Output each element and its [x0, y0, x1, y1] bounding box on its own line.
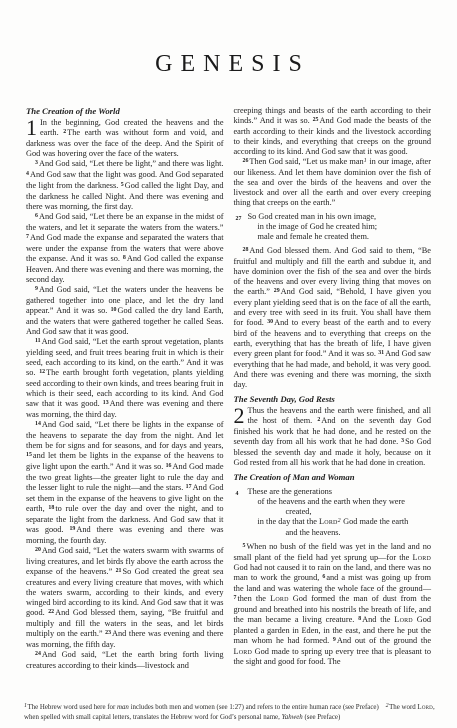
verse-number: 30	[267, 319, 274, 325]
verse-number: 11	[35, 338, 42, 344]
verse-number: 23	[105, 630, 112, 636]
divine-name-small-caps: Lord	[394, 615, 413, 624]
chapter-opening-paragraph: 2Thus the heavens and the earth were fin…	[234, 406, 432, 468]
italic-text: Yahweh	[282, 714, 303, 721]
verse-number: 14	[35, 421, 42, 427]
verse-number: 27	[236, 214, 243, 224]
verse-number: 2	[63, 129, 67, 135]
verse-number: 2	[317, 417, 321, 423]
poetry-line: in the day that the Lord2 God made the e…	[234, 517, 432, 528]
verse-number: 7	[26, 234, 30, 240]
italic-text: man	[117, 704, 129, 711]
verse-number: 4	[236, 489, 240, 499]
divine-name-small-caps: Lord	[270, 594, 289, 603]
section-heading: The Creation of the World	[26, 106, 224, 117]
verse-number: 4	[26, 171, 30, 177]
verse-number: 3	[35, 160, 39, 166]
verse-paragraph-continuation: creeping things and beasts of the earth …	[234, 106, 432, 157]
bible-page: GENESIS The Creation of the World1In the…	[0, 0, 457, 728]
verse-number: 9	[35, 286, 39, 292]
footnote-marker: 1	[24, 703, 27, 709]
verse-number: 15	[26, 452, 33, 458]
footnote-marker: 2	[386, 703, 389, 709]
divine-name-small-caps: Lord	[319, 517, 338, 526]
verse-paragraph: 11And God said, “Let the earth sprout ve…	[26, 337, 224, 420]
verse-number: 8	[123, 255, 127, 261]
verse-paragraph: 6And God said, “Let there be an expanse …	[26, 212, 224, 285]
verse-number: 16	[166, 463, 173, 469]
divine-name-small-caps: Lord	[412, 553, 431, 562]
footnote-marker: 1	[364, 158, 367, 164]
poetry-block: 4These are the generationsof the heavens…	[234, 487, 432, 538]
poetry-line: and the heavens.	[234, 528, 432, 538]
chapter-number-dropcap: 1	[26, 119, 37, 137]
footnotes: 1The Hebrew word used here for man inclu…	[24, 703, 439, 722]
verse-paragraph: 5When no bush of the field was yet in th…	[234, 542, 432, 667]
chapter-opening-paragraph: 1In the beginning, God created the heave…	[26, 118, 224, 159]
divine-name-small-caps: Lord	[234, 647, 253, 656]
two-column-text-area: The Creation of the World1In the beginni…	[0, 106, 457, 671]
verse-number: 12	[39, 369, 46, 375]
verse-number: 31	[378, 350, 385, 356]
book-title: GENESIS	[0, 52, 457, 76]
verse-number: 3	[401, 438, 405, 444]
verse-paragraph: 26Then God said, “Let us make man1 in ou…	[234, 157, 432, 208]
poetry-line: male and female he created them.	[234, 232, 432, 242]
verse-number: 5	[121, 182, 125, 188]
verse-number: 17	[186, 484, 193, 490]
verse-number: 25	[313, 117, 320, 123]
verse-number: 18	[48, 505, 55, 511]
poetry-line: So God created man in his own image,	[234, 212, 432, 222]
poetry-line: of the heavens and the earth when they w…	[234, 497, 432, 507]
chapter-number-dropcap: 2	[234, 407, 245, 425]
verse-number: 10	[111, 307, 118, 313]
verse-paragraph: 14And God said, “Let there be lights in …	[26, 420, 224, 546]
footnote-marker: 2	[338, 518, 341, 524]
verse-paragraph: 24And God said, “Let the earth bring for…	[26, 650, 224, 671]
verse-number: 28	[243, 247, 250, 253]
verse-number: 5	[243, 543, 247, 549]
verse-number: 19	[69, 526, 76, 532]
verse-number: 13	[103, 400, 110, 406]
verse-paragraph: 3And God said, “Let there be light,” and…	[26, 159, 224, 212]
verse-number: 9	[333, 637, 337, 643]
verse-number: 20	[35, 547, 42, 553]
text-column-left: The Creation of the World1In the beginni…	[26, 106, 224, 671]
verse-number: 6	[35, 213, 39, 219]
verse-paragraph: 9And God said, “Let the waters under the…	[26, 285, 224, 337]
divine-name-small-caps: Lord	[417, 704, 433, 711]
verse-number: 29	[274, 288, 281, 294]
poetry-block: 27So God created man in his own image,in…	[234, 212, 432, 242]
poetry-line: These are the generations	[234, 487, 432, 497]
text-column-right: creeping things and beasts of the earth …	[234, 106, 432, 671]
verse-number: 24	[35, 651, 42, 657]
verse-number: 26	[243, 158, 250, 164]
verse-number: 22	[48, 609, 55, 615]
section-heading: The Seventh Day, God Rests	[234, 394, 432, 405]
verse-number: 21	[116, 568, 123, 574]
poetry-line: in the image of God he created him;	[234, 222, 432, 232]
verse-number: 8	[358, 616, 362, 622]
verse-number: 6	[322, 574, 326, 580]
section-heading: The Creation of Man and Woman	[234, 472, 432, 483]
verse-paragraph: 20And God said, “Let the waters swarm wi…	[26, 546, 224, 650]
poetry-line: created,	[234, 507, 432, 517]
verse-number: 7	[234, 595, 238, 601]
verse-paragraph: 28And God blessed them. And God said to …	[234, 246, 432, 390]
